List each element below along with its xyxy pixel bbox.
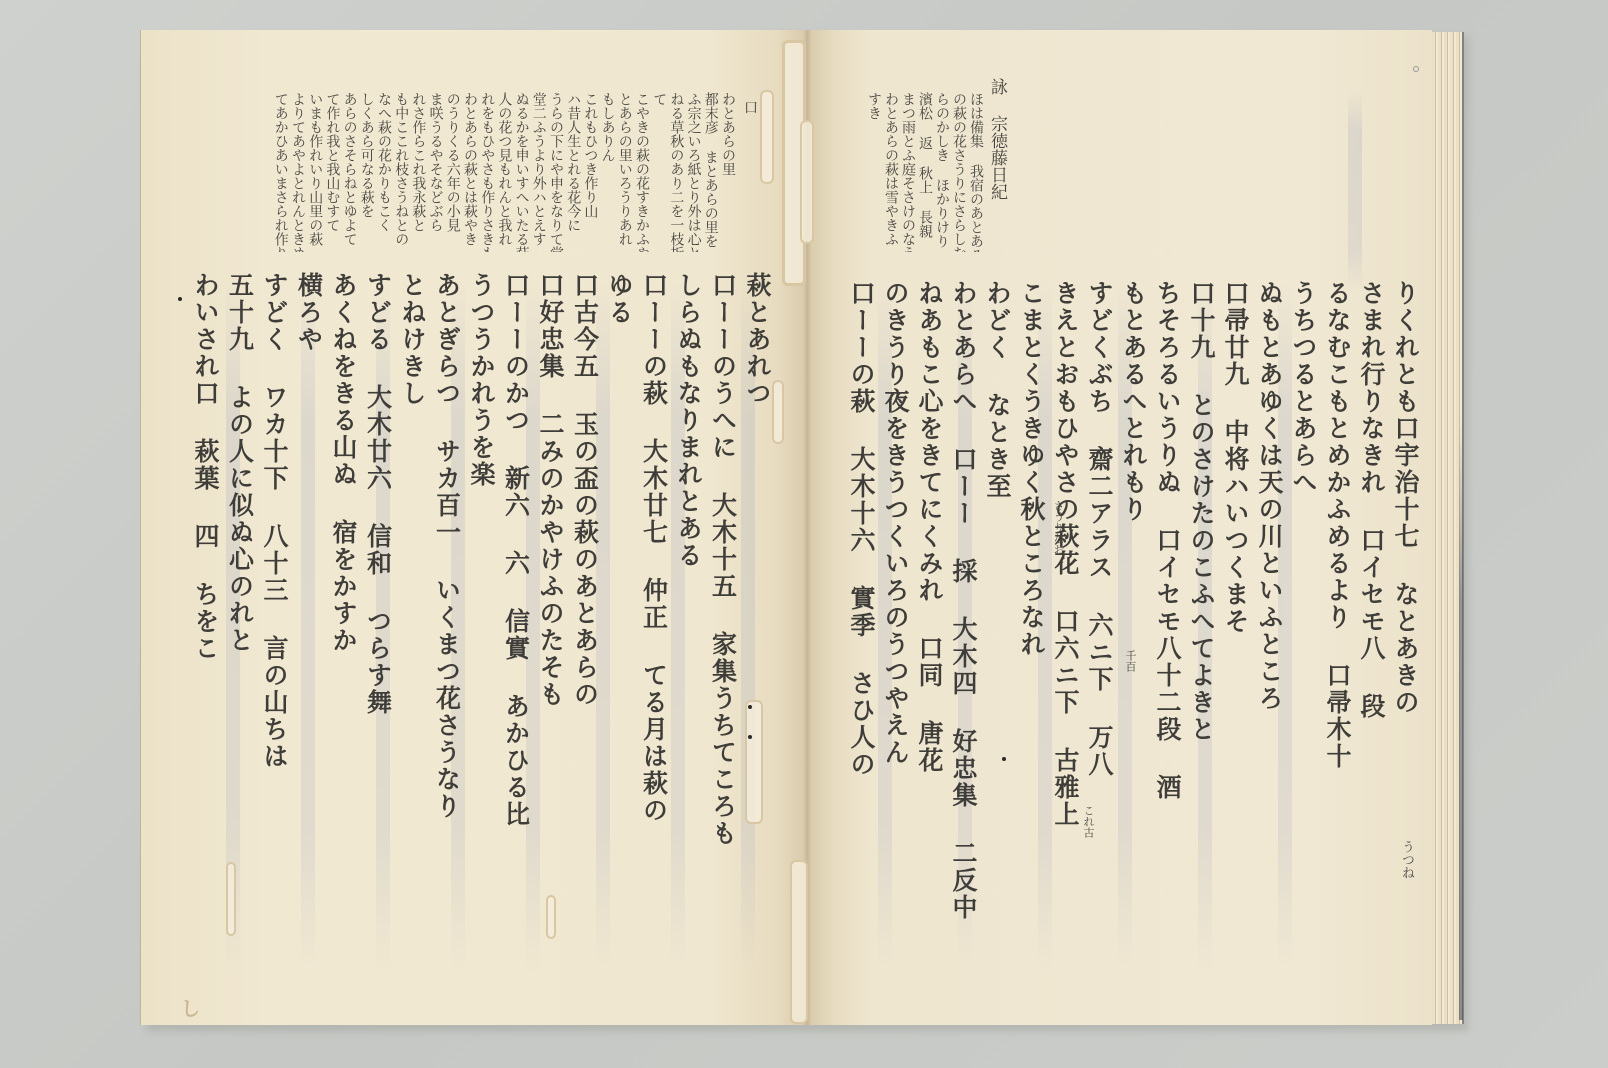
- text-column: ふ宗之いろ紙とり外は心と: [686, 92, 702, 252]
- text-column: わとあらへ 口ーー 採 大木四 好忠集 二反中: [948, 280, 978, 921]
- text-column: 口ーーのうへに 大木十五 家集うちてころも: [708, 272, 738, 847]
- header-marker: 口: [742, 100, 758, 114]
- ink-speck: [178, 297, 182, 301]
- ruby-note: さうりなお: [1052, 500, 1064, 555]
- ink-speck: [748, 705, 752, 709]
- text-column: も中ここれ枝さうねとの: [393, 92, 409, 246]
- text-column: わとあらの里: [720, 92, 736, 176]
- text-column: らのかしき ほかりけり: [934, 92, 950, 248]
- text-column: さまれ行りなきれ 口イセモ八 段: [1356, 280, 1386, 720]
- text-column: これもひつき作り山: [582, 92, 598, 218]
- ruby-note: うつね: [1400, 840, 1412, 879]
- show-through-ink: [1348, 90, 1362, 290]
- text-column: れをもひやさも作りさきもく: [479, 92, 495, 252]
- text-column: わとあらの萩は雪やきふ: [883, 92, 899, 246]
- text-column: 五十九 よの人に似ぬ心のれと: [225, 272, 255, 654]
- text-column: わどく なとき至: [982, 280, 1012, 500]
- text-column: ちそろるいうりぬ 口イセモ八十二段 酒: [1152, 280, 1182, 801]
- text-column: ねる草秋のあり二を一枝折り: [668, 92, 684, 252]
- text-column: こまとくうきゆく秋ところなれ: [1016, 280, 1046, 658]
- text-column: 人の花つ見もれんと我れ: [496, 92, 512, 246]
- text-column: すき: [866, 92, 882, 120]
- text-column: あらのさそらねとゆよて: [342, 92, 358, 246]
- ruby-note: これ古: [1082, 805, 1094, 838]
- text-column: ほは備集 我宿のあとある: [968, 92, 984, 252]
- text-column: ぬるかを申いすへいたる萩: [514, 92, 530, 252]
- text-column: ぬもとあゆくは天の川といふところ: [1254, 280, 1284, 712]
- cover-edge: [1459, 420, 1463, 1020]
- text-column: なへ萩の花かりもこく: [376, 92, 392, 232]
- text-column: のきうり夜をきうつくいろのうつやえん: [880, 280, 910, 766]
- text-column: よりてあやよとれんときめ: [290, 92, 306, 252]
- text-column: のうりくる六年の小見: [445, 92, 461, 232]
- ruby-note: 千百: [1124, 650, 1136, 672]
- show-through-ink: [301, 280, 315, 970]
- worm-damage: [546, 895, 556, 939]
- worm-damage: [760, 90, 774, 184]
- worm-damage: [745, 700, 763, 824]
- text-column: 萩とあれつ: [742, 272, 772, 407]
- text-column: 口ーーのかつ 新六 六 信實 あかひる比: [501, 272, 531, 828]
- ink-speck: [1413, 66, 1419, 72]
- text-column: 口帚廿九 中将ハいつくまそ: [1220, 280, 1250, 635]
- text-column: 堂二ふうより外ハとえす: [531, 92, 547, 246]
- worm-damage: [790, 860, 808, 1024]
- text-column: とあらの里いろうりあれ: [617, 92, 633, 246]
- worm-damage: [772, 380, 784, 444]
- text-column: しらぬもなりまれとある: [673, 272, 703, 569]
- text-column: 横ろや: [294, 272, 324, 353]
- text-column: れさ作らこれ我永萩と: [410, 92, 426, 232]
- right-header-title: 詠 宗徳藤日紀: [988, 78, 1006, 200]
- text-column: て作れ我と我山むすて: [324, 92, 340, 232]
- text-column: ねあもこ心をきてにくみれ 口同 唐花: [914, 280, 944, 774]
- text-column: まつ雨とふ庭そさけのなう: [900, 92, 916, 252]
- worm-damage: [800, 120, 814, 244]
- text-column: すどる 大木廿六 信和 つらす舞: [363, 272, 393, 716]
- text-column: 都末彦 まとあらの里を: [703, 92, 719, 248]
- text-column: すどく ワカ十下 八十三 言の山ちは: [259, 272, 289, 770]
- text-column: しくあら可なる萩を: [359, 92, 375, 218]
- text-column: の萩の花さうりにさらしむ: [951, 92, 967, 252]
- text-column: うつうかれうを楽: [466, 272, 496, 488]
- text-column: わとあらの萩とは萩やき: [462, 92, 478, 246]
- text-column: 口好忠集 二みのかやけふのたそも: [535, 272, 565, 708]
- text-column: こやきの萩の花すきかふや: [634, 92, 650, 252]
- text-column: 口ーーの萩 大木廿七 仲正 てる月は萩の: [639, 272, 669, 824]
- text-column: いまも作れいり山里の萩: [307, 92, 323, 246]
- ink-speck: [1002, 757, 1006, 761]
- text-column: すどくぶち 齋二アラス 六ニ下 万八: [1084, 280, 1114, 778]
- text-column: うらの下にや申をなりて堂: [548, 92, 564, 252]
- text-column: ま咲うるやそなどぶら: [428, 92, 444, 232]
- text-column: て: [651, 92, 667, 106]
- text-column: ハ昔人生とれる花今に: [565, 92, 581, 232]
- text-column: てあかひあいまさられ作り: [273, 92, 289, 252]
- text-column: ゆる: [604, 272, 634, 326]
- text-column: 濱松 返 秋上 長親 とやき風: [917, 92, 933, 252]
- text-column: りくれとも口宇治十七 なとあきの: [1390, 280, 1420, 716]
- text-column: わいされ口 萩葉 四 ちをこ: [190, 272, 220, 662]
- text-column: るなむこもとめかふめるより 口帚木十: [1322, 280, 1352, 770]
- bottom-mark: し: [174, 998, 204, 1020]
- ink-speck: [748, 735, 752, 739]
- text-column: もしありん: [600, 92, 616, 162]
- text-column: 口古今五 玉の盃の萩のあとあらの: [570, 272, 600, 708]
- text-column: とねけきし: [397, 272, 427, 407]
- text-column: 口ーーの萩 大木十六 實季 さひ人の: [846, 280, 876, 778]
- text-column: あとぎらつ サカ百一 いくまつ花さうなり: [432, 272, 462, 820]
- text-column: あくねをきる山ぬ 宿をかすか: [328, 272, 358, 654]
- text-column: 口十九 とのさけたのこふへてよきと: [1186, 280, 1216, 743]
- text-column: もとあるへとれもり: [1118, 280, 1148, 523]
- worm-damage: [226, 862, 236, 936]
- text-column: うちつるとあらへ: [1288, 280, 1318, 496]
